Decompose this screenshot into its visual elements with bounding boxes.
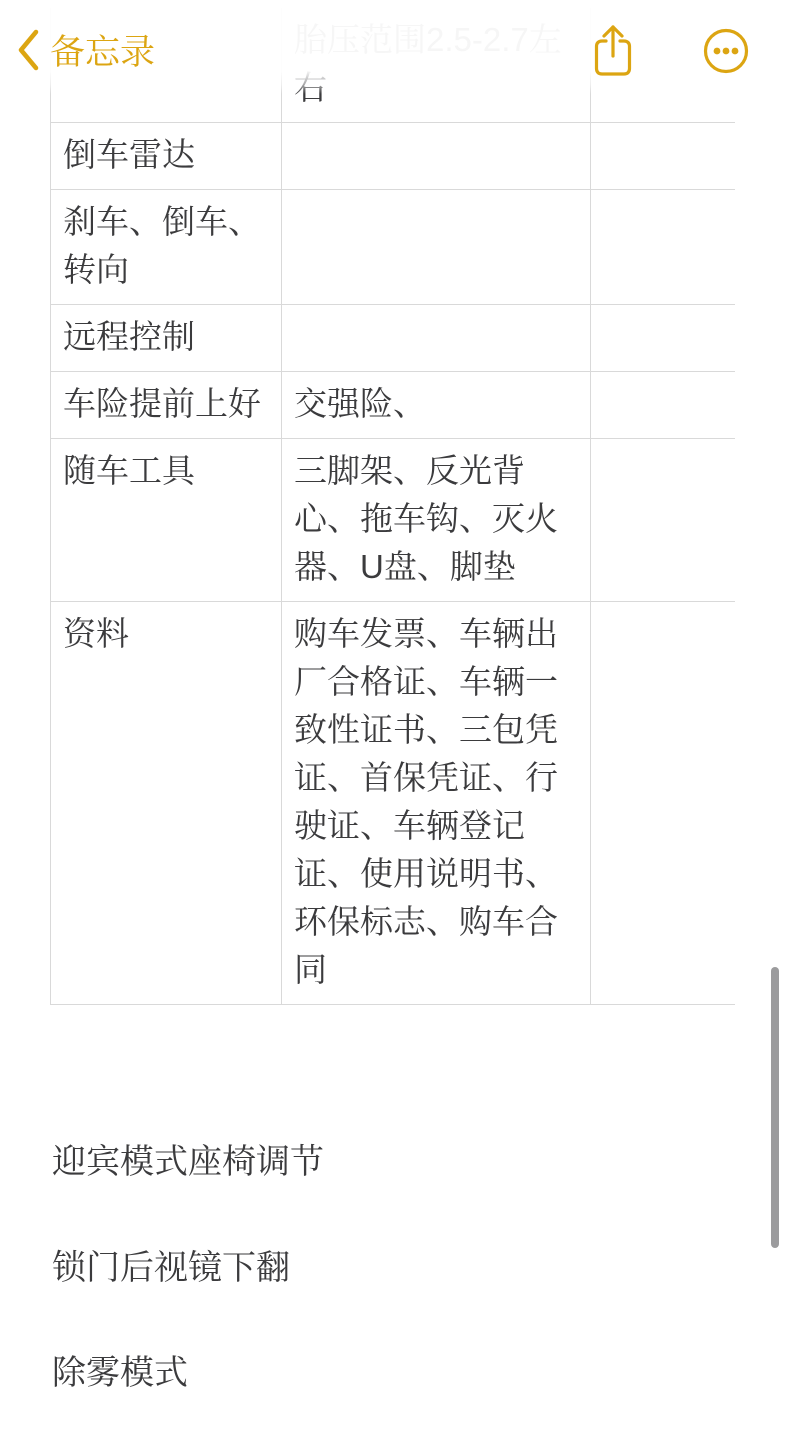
table-cell-extra[interactable] [591,305,735,372]
table-row[interactable]: 车险提前上好 交强险、 [51,372,735,439]
table-cell-value[interactable] [282,190,591,305]
table-cell-extra[interactable] [591,439,735,602]
table-cell-value[interactable]: 交强险、 [282,372,591,439]
table-cell-value[interactable]: 三脚架、反光背 心、拖车钩、灭火 器、U盘、脚垫 [282,439,591,602]
table-cell-label[interactable]: 远程控制 [51,305,282,372]
share-icon [591,67,635,84]
note-paragraph[interactable]: 迎宾模式座椅调节 [52,1138,324,1186]
table-cell-value[interactable] [282,123,591,190]
scrollbar-thumb[interactable] [771,967,779,1248]
more-button[interactable] [702,27,750,80]
table-cell-value[interactable]: 购车发票、车辆出 厂合格证、车辆一 致性证书、三包凭 证、首保凭证、行 驶证、车… [282,602,591,1005]
back-button[interactable]: 备忘录 [14,28,155,77]
note-paragraph[interactable]: 除雾模式 [52,1349,188,1397]
table-row[interactable]: 随车工具 三脚架、反光背 心、拖车钩、灭火 器、U盘、脚垫 [51,439,735,602]
notes-app-screen: 胎压范围2.5-2.7左 右 倒车雷达 刹车、倒车、 转向 远程控制 车险提前上… [0,0,786,1439]
table-row[interactable]: 资料 购车发票、车辆出 厂合格证、车辆一 致性证书、三包凭 证、首保凭证、行 驶… [51,602,735,1005]
table-row[interactable]: 倒车雷达 [51,123,735,190]
share-button[interactable] [591,22,635,85]
table-row[interactable]: 刹车、倒车、 转向 [51,190,735,305]
table-row[interactable]: 远程控制 [51,305,735,372]
table-cell-extra[interactable] [591,123,735,190]
chevron-left-icon [14,28,41,77]
table-cell-value[interactable] [282,305,591,372]
table-cell-label[interactable]: 资料 [51,602,282,1005]
table-cell-label[interactable]: 倒车雷达 [51,123,282,190]
table-cell-label[interactable]: 车险提前上好 [51,372,282,439]
table-cell-label[interactable]: 刹车、倒车、 转向 [51,190,282,305]
ellipsis-icon [702,62,750,79]
note-table: 胎压范围2.5-2.7左 右 倒车雷达 刹车、倒车、 转向 远程控制 车险提前上… [50,8,735,1005]
navbar: 备忘录 [0,0,786,94]
back-button-label: 备忘录 [50,31,155,75]
note-paragraph[interactable]: 锁门后视镜下翻 [52,1244,290,1292]
table-cell-label[interactable]: 随车工具 [51,439,282,602]
table-cell-extra[interactable] [591,602,735,1005]
table-cell-extra[interactable] [591,190,735,305]
table-cell-extra[interactable] [591,372,735,439]
